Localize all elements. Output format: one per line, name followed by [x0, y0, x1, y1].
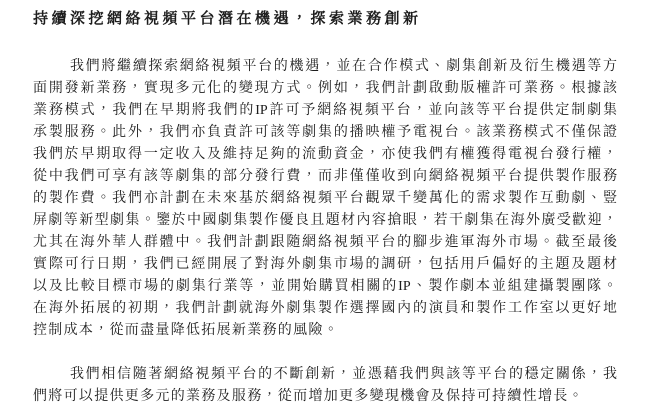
text-line: 面開發新業務，實現多元化的變現方式。例如，我們計劃啟動版權許可業務。根據該	[33, 78, 617, 100]
text-line: 我們相信隨著網絡視頻平台的不斷創新，並憑藉我們與該等平台的穩定關係，我	[33, 364, 617, 386]
text-line: 我們將繼續探索網絡視頻平台的機遇，並在合作模式、劇集創新及衍生機遇等方	[33, 56, 617, 78]
text-line: 業務模式，我們在早期將我們的IP許可予網絡視頻平台，並向該等平台提供定制劇集	[33, 100, 617, 122]
paragraph-platform-relationship: 我們相信隨著網絡視頻平台的不斷創新，並憑藉我們與該等平台的穩定關係，我 們將可以…	[33, 364, 617, 408]
text-line: 在海外拓展的初期，我們計劃就海外劇集製作選擇國內的演員和製作工作室以更好地	[33, 298, 617, 320]
text-line: 我們於早期取得一定收入及維持足夠的流動資金，亦使我們有權獲得電視台發行權，	[33, 144, 617, 166]
text-line: 們將可以提供更多元的業務及服務，從而增加更多變現機會及保持可持續性增長。	[33, 386, 617, 408]
document-page: 持續深挖網絡視頻平台潛在機遇，探索業務創新 我們將繼續探索網絡視頻平台的機遇，並…	[0, 0, 648, 413]
text-line: 屏劇等新型劇集。鑒於中國劇集製作優良且題材內容搶眼，若干劇集在海外廣受歡迎，	[33, 210, 617, 232]
text-line: 從中我們可享有該等劇集的部分發行費，而非僅僅收到向網絡視頻平台提供製作服務	[33, 166, 617, 188]
paragraph-business-innovation: 我們將繼續探索網絡視頻平台的機遇，並在合作模式、劇集創新及衍生機遇等方 面開發新…	[33, 56, 617, 342]
text-line: 以及比較目標市場的劇集行業等，並開始購買相關的IP、製作劇本並組建攝製團隊。	[33, 276, 617, 298]
text-line: 尤其在海外華人群體中。我們計劃跟隨網絡視頻平台的腳步進軍海外市場。截至最後	[33, 232, 617, 254]
text-line: 的製作費。我們亦計劃在未來基於網絡視頻平台觀眾千變萬化的需求製作互動劇、豎	[33, 188, 617, 210]
text-line: 控制成本，從而盡量降低拓展新業務的風險。	[33, 320, 617, 342]
section-heading: 持續深挖網絡視頻平台潛在機遇，探索業務創新	[33, 8, 617, 30]
text-line: 實際可行日期，我們已經開展了對海外劇集市場的調研，包括用戶偏好的主題及題材	[33, 254, 617, 276]
text-line: 承製服務。此外，我們亦負責許可該等劇集的播映權予電視台。該業務模式不僅保證	[33, 122, 617, 144]
